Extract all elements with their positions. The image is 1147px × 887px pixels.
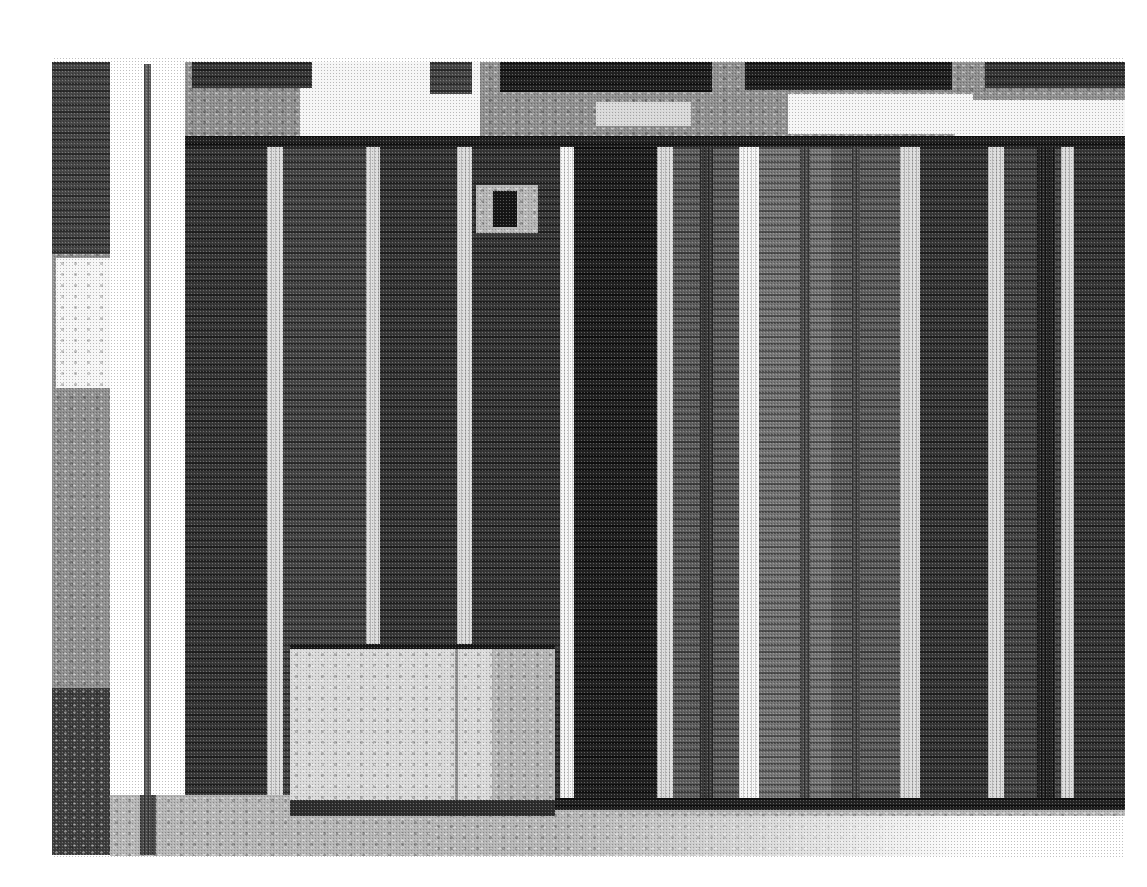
- left-post-highlight: [56, 258, 110, 388]
- wall-bay-5: [574, 147, 657, 800]
- window-patch-shadow: [493, 191, 517, 227]
- joist-block-2: [430, 62, 472, 94]
- bay-6-streak: [700, 147, 713, 813]
- stud-8: [988, 147, 1004, 813]
- thin-rod-base: [140, 795, 156, 855]
- stud-4: [560, 147, 574, 800]
- stud-6: [739, 147, 759, 813]
- bay-10-streak: [1037, 147, 1055, 813]
- stud-9: [1061, 147, 1074, 813]
- wall-bay-9: [920, 147, 988, 813]
- stud-5: [657, 147, 673, 807]
- plywood-seam: [455, 649, 458, 807]
- stud-7: [900, 147, 920, 813]
- left-post-lower-shadow: [52, 688, 110, 855]
- joist-block-1: [192, 62, 312, 88]
- wall-bay-11: [1074, 147, 1125, 813]
- bay-7-streak: [800, 147, 810, 813]
- wall-bay-7: [759, 147, 831, 813]
- header-cloud-1: [788, 94, 973, 134]
- page: [0, 0, 1147, 887]
- bay-8-streak: [852, 147, 860, 813]
- plywood-right-half: [492, 649, 555, 807]
- joist-block-4: [745, 62, 952, 90]
- thin-rod: [144, 64, 151, 855]
- wall-framing-photo: [0, 0, 1147, 887]
- stud-1: [267, 147, 283, 800]
- wall-bay-1: [185, 147, 267, 800]
- floor-fade: [560, 816, 1125, 859]
- plywood-shadow: [290, 800, 555, 816]
- left-post-top-shadow: [52, 62, 110, 254]
- top-plate: [185, 136, 1125, 147]
- wall-bay-8: [831, 147, 900, 813]
- header-cloud-3: [596, 102, 691, 126]
- joist-block-3: [500, 62, 712, 92]
- joist-block-5: [985, 62, 1125, 88]
